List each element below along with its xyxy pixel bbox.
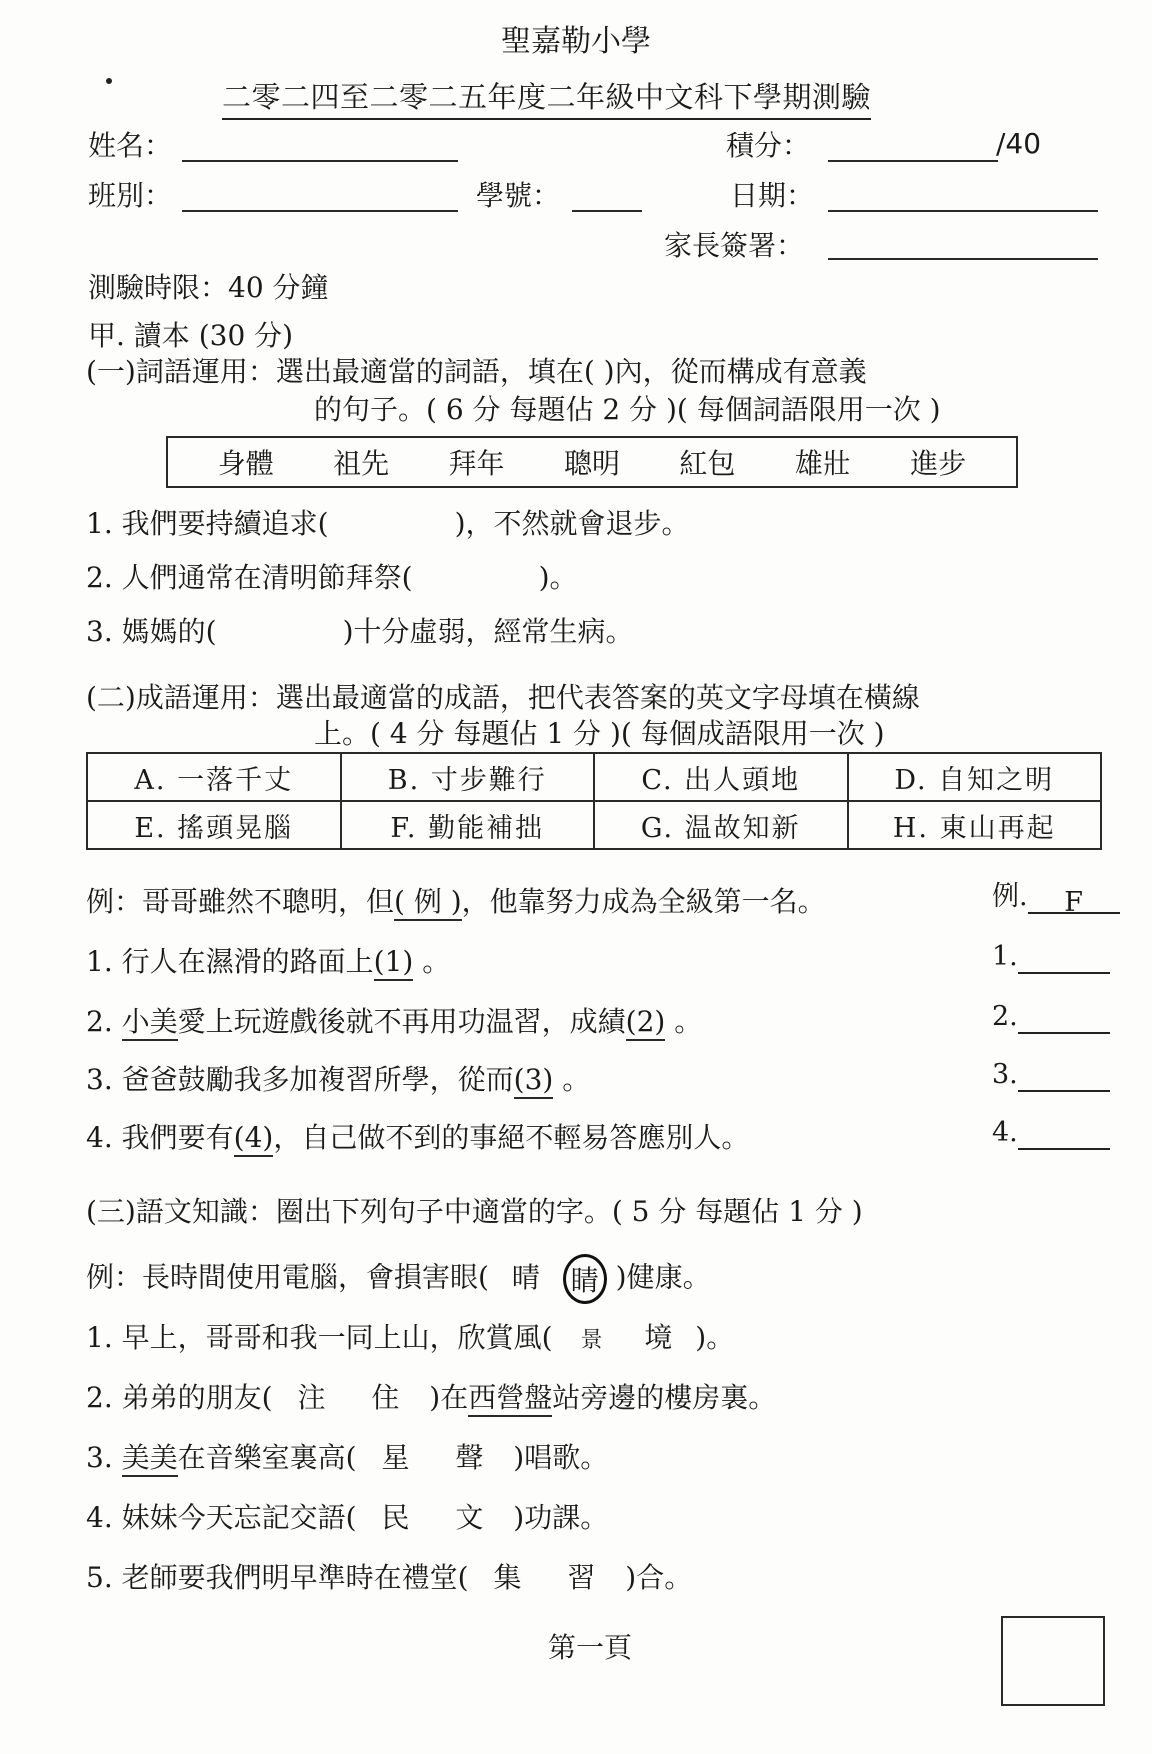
time-limit: 測驗時限：40 分鐘	[88, 270, 329, 306]
class-label: 班別：	[88, 178, 172, 214]
answer-field[interactable]	[1018, 1122, 1110, 1150]
school-name: 聖嘉勒小學	[0, 22, 1152, 62]
idiom-cell: G. 温故知新	[594, 801, 848, 849]
part3-example: 例：長時間使用電腦，會損害眼( 晴 睛 )健康。	[86, 1254, 711, 1304]
idiom-cell: H. 東山再起	[848, 801, 1102, 849]
answer-field[interactable]	[1018, 1006, 1110, 1034]
part1-heading-line2: 的句子。( 6 分 每題佔 2 分 )( 每個詞語限用一次 )	[314, 392, 941, 428]
part3-question-3: 3. 美美在音樂室裏高( 星 聲 )唱歌。	[86, 1440, 608, 1476]
part3-question-2: 2. 弟弟的朋友( 注 住 )在西營盤站旁邊的樓房裏。	[86, 1380, 776, 1416]
part3-question-1: 1. 早上，哥哥和我一同上山，欣賞風( 景 境 )。	[86, 1320, 734, 1359]
word-bank-item: 拜年	[449, 442, 505, 482]
stray-mark	[106, 78, 112, 84]
word-bank-item: 祖先	[333, 442, 389, 482]
part2-question-2: 2. 小美愛上玩遊戲後就不再用功温習，成績(2) 。	[86, 1004, 702, 1040]
idiom-cell: A. 一落千丈	[87, 753, 341, 801]
idiom-cell: C. 出人頭地	[594, 753, 848, 801]
option-char[interactable]: 習	[546, 1560, 616, 1596]
part3-question-5: 5. 老師要我們明早準時在禮堂( 集 習 )合。	[86, 1560, 692, 1596]
part2-answer-2: 2.	[992, 1000, 1110, 1034]
date-field[interactable]	[828, 210, 1098, 212]
option-char: 晴	[498, 1260, 554, 1296]
parent-signature-label: 家長簽署：	[664, 228, 804, 264]
part2-heading-line1: (二)成語運用：選出最適當的成語，把代表答案的英文字母填在橫線	[86, 680, 920, 716]
part3-question-4: 4. 妹妹今天忘記交語( 民 文 )功課。	[86, 1500, 608, 1536]
answer-field[interactable]	[1018, 946, 1110, 974]
part1-question-1: 1. 我們要持續追求()，不然就會退步。	[86, 506, 690, 542]
word-bank: 身體 祖先 拜年 聰明 紅包 雄壯 進步	[166, 436, 1018, 488]
word-bank-item: 進步	[910, 442, 966, 482]
score-total: /40	[996, 126, 1041, 162]
word-bank-item: 聰明	[564, 442, 620, 482]
idiom-row: A. 一落千丈 B. 寸步難行 C. 出人頭地 D. 自知之明	[87, 753, 1101, 801]
part1-heading-line1: (一)詞語運用：選出最適當的詞語，填在( )內，從而構成有意義	[86, 354, 867, 390]
part2-heading-line2: 上。( 4 分 每題佔 1 分 )( 每個成語限用一次 )	[314, 716, 885, 752]
part2-example-answer: 例.F	[992, 880, 1120, 914]
part2-question-4: 4. 我們要有(4)，自己做不到的事絕不輕易答應別人。	[86, 1120, 749, 1156]
section-a-title: 甲. 讀本 (30 分)	[88, 318, 293, 354]
circled-option-char: 睛	[563, 1254, 607, 1304]
exam-title: 二零二四至二零二五年度二年級中文科下學期測驗	[222, 78, 871, 120]
part2-answer-4: 4.	[992, 1116, 1110, 1150]
part2-question-3: 3. 爸爸鼓勵我多加複習所學，從而(3) 。	[86, 1062, 590, 1098]
idiom-cell: F. 勤能補拙	[341, 801, 595, 849]
student-no-field[interactable]	[572, 210, 642, 212]
word-bank-item: 身體	[218, 442, 274, 482]
part1-question-2: 2. 人們通常在清明節拜祭()。	[86, 560, 578, 596]
option-char[interactable]: 聲	[434, 1440, 504, 1476]
idiom-row: E. 搖頭晃腦 F. 勤能補拙 G. 温故知新 H. 東山再起	[87, 801, 1101, 849]
part2-question-1: 1. 行人在濕滑的路面上(1) 。	[86, 944, 450, 980]
page-number: 第一頁	[0, 1630, 1152, 1666]
answer-field[interactable]	[1018, 1064, 1110, 1092]
idiom-cell: D. 自知之明	[848, 753, 1102, 801]
part1-question-3: 3. 媽媽的()十分虛弱，經常生病。	[86, 614, 634, 650]
parent-signature-field[interactable]	[828, 258, 1098, 260]
part2-example: 例：哥哥雖然不聰明，但( 例 )，他靠努力成為全級第一名。	[86, 884, 826, 920]
word-bank-item: 雄壯	[795, 442, 851, 482]
option-char[interactable]: 集	[477, 1560, 537, 1596]
idiom-cell: E. 搖頭晃腦	[87, 801, 341, 849]
option-char[interactable]: 星	[365, 1440, 425, 1476]
option-char[interactable]: 住	[350, 1380, 420, 1416]
name-field[interactable]	[182, 160, 458, 162]
word-bank-item: 紅包	[679, 442, 735, 482]
class-field[interactable]	[182, 210, 458, 212]
score-label: 積分：	[726, 128, 810, 164]
option-char[interactable]: 文	[434, 1500, 504, 1536]
score-field[interactable]	[828, 160, 998, 162]
part2-answer-3: 3.	[992, 1058, 1110, 1092]
page-score-box[interactable]	[1001, 1616, 1105, 1706]
date-label: 日期：	[730, 178, 814, 214]
student-no-label: 學號：	[476, 178, 560, 214]
idiom-cell: B. 寸步難行	[341, 753, 595, 801]
idiom-table: A. 一落千丈 B. 寸步難行 C. 出人頭地 D. 自知之明 E. 搖頭晃腦 …	[86, 752, 1102, 850]
part2-answer-1: 1.	[992, 940, 1110, 974]
name-label: 姓名：	[88, 128, 172, 164]
option-char[interactable]: 景	[561, 1323, 621, 1359]
option-char[interactable]: 注	[281, 1380, 341, 1416]
option-char[interactable]: 境	[630, 1320, 686, 1356]
option-char[interactable]: 民	[365, 1500, 425, 1536]
part3-heading: (三)語文知識：圈出下列句子中適當的字。( 5 分 每題佔 1 分 )	[86, 1194, 863, 1230]
